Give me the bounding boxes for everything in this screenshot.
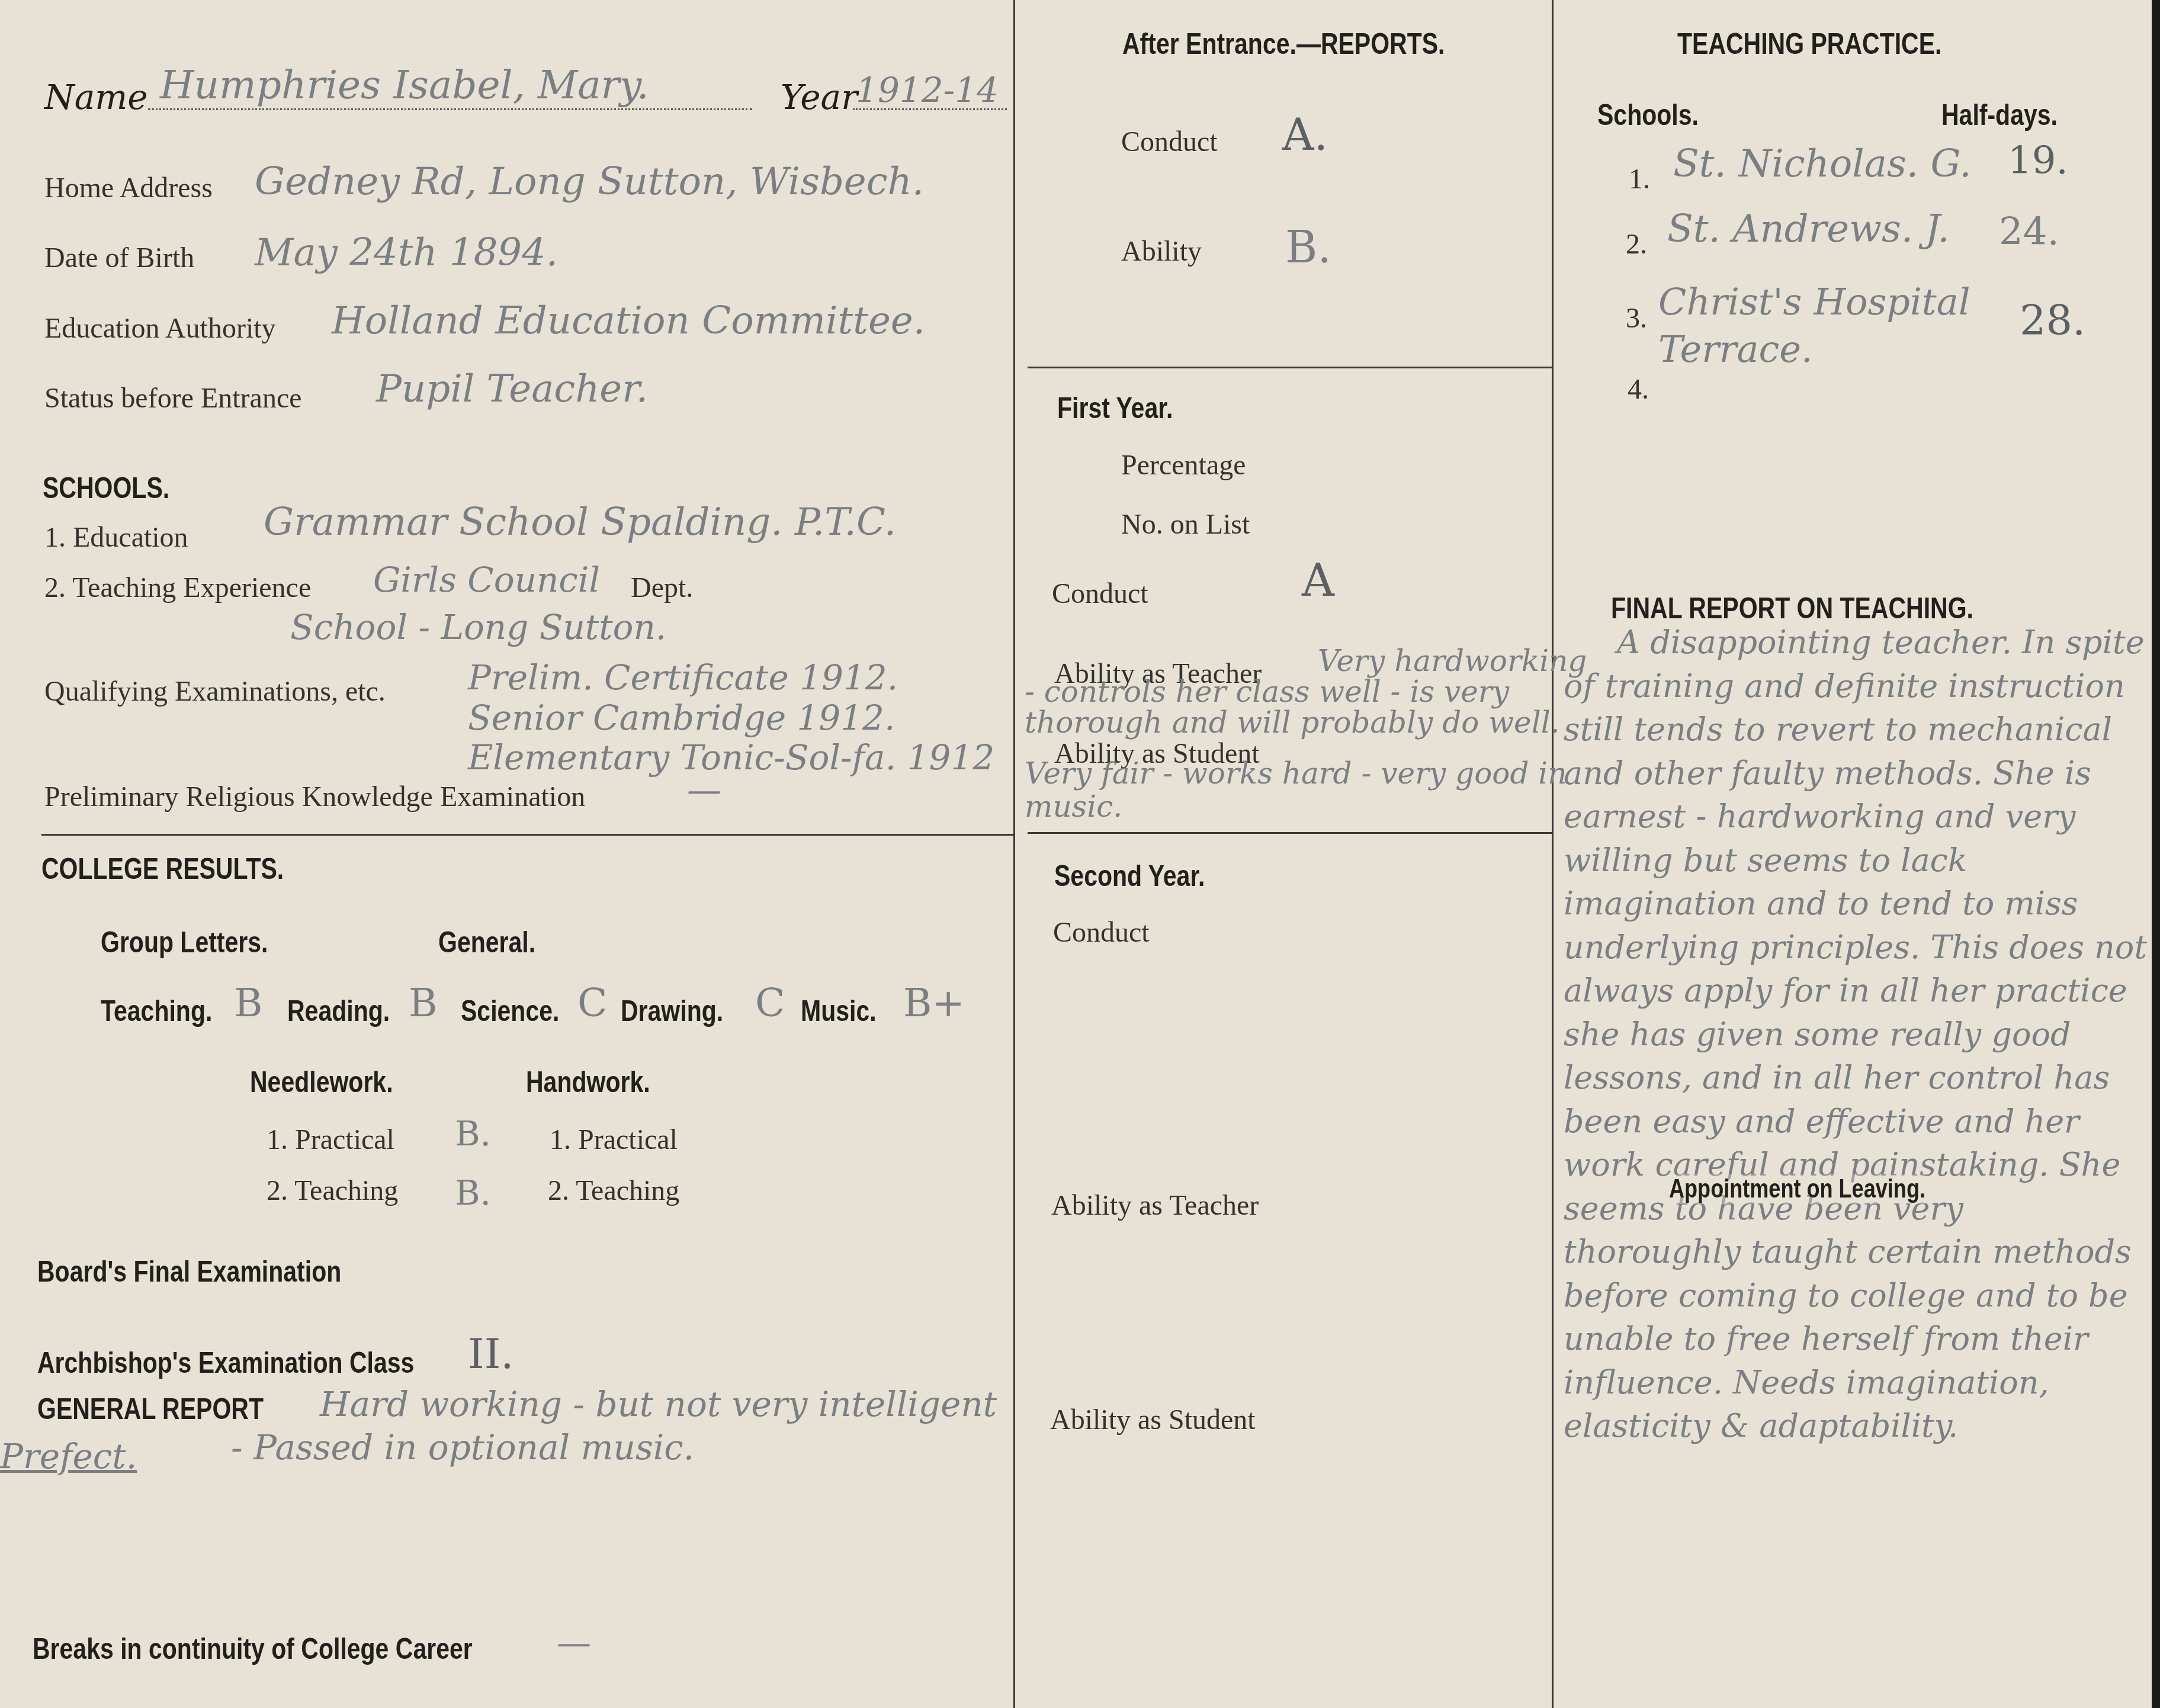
practice-school-3[interactable]: Christ's Hospital Terrace. (1658, 278, 1990, 373)
percentage-label: Percentage (1121, 449, 1246, 481)
education-authority-value[interactable]: Holland Education Committee. (332, 299, 925, 343)
schools-column-label: Schools. (1597, 98, 1699, 132)
needlework-practical-value[interactable]: B. (455, 1113, 491, 1154)
dob-value[interactable]: May 24th 1894. (255, 231, 558, 275)
status-value[interactable]: Pupil Teacher. (376, 367, 648, 411)
name-dotted-line (148, 108, 752, 110)
education-authority-label: Education Authority (44, 312, 276, 345)
after-entrance-ability-label: Ability (1121, 235, 1202, 268)
teaching-experience-value-2[interactable]: School - Long Sutton. (290, 607, 666, 647)
middle-divider-second-year (1028, 832, 1552, 834)
column-divider-left (1013, 0, 1015, 1708)
after-entrance-conduct-value[interactable]: A. (1282, 110, 1328, 160)
dept-label: Dept. (631, 572, 693, 604)
schools-heading: SCHOOLS. (43, 471, 169, 505)
handwork-teaching-label: 2. Teaching (548, 1174, 679, 1207)
college-results-heading: COLLEGE RESULTS. (41, 852, 284, 886)
practice-halfdays-2[interactable]: 24. (1999, 210, 2059, 254)
needlework-teaching-value[interactable]: B. (455, 1173, 491, 1213)
name-value[interactable]: Humphries Isabel, Mary. (160, 62, 649, 108)
practice-school-1[interactable]: St. Nicholas. G. (1673, 142, 1972, 186)
qualifying-exam-3[interactable]: Elementary Tonic-Sol-fa. 1912 (468, 737, 994, 778)
grade-drawing-label: Drawing. (621, 994, 723, 1028)
handwork-practical-label: 1. Practical (550, 1123, 678, 1156)
grade-music-label: Music. (801, 994, 877, 1028)
student-record-card: Name Humphries Isabel, Mary. Year 1912-1… (0, 0, 2160, 1708)
final-report-value[interactable]: A disappointing teacher. In spite of tra… (1564, 621, 2150, 1448)
needlework-label: Needlework. (250, 1065, 393, 1099)
needlework-teaching-label: 2. Teaching (267, 1174, 398, 1207)
practice-school-2[interactable]: St. Andrews. J. (1667, 207, 1949, 251)
education-label: 1. Education (44, 521, 188, 554)
first-year-ability-student-value[interactable]: Very fair - works hard - very good in mu… (1025, 757, 1593, 823)
after-entrance-conduct-label: Conduct (1121, 126, 1218, 158)
practice-num-4: 4. (1628, 373, 1649, 406)
grade-drawing-value[interactable]: C (755, 980, 785, 1026)
teaching-experience-value[interactable]: Girls Council (373, 560, 600, 600)
practice-num-1: 1. (1629, 163, 1650, 195)
prk-exam-label: Preliminary Religious Knowledge Examinat… (44, 781, 585, 813)
grade-reading-value[interactable]: B (409, 980, 438, 1026)
qualifying-exam-1[interactable]: Prelim. Certificate 1912. (468, 657, 898, 698)
home-address-label: Home Address (44, 172, 213, 204)
group-letters-label: Group Letters. (101, 925, 268, 959)
grade-music-value[interactable]: B+ (903, 980, 965, 1026)
second-year-conduct-label: Conduct (1053, 916, 1150, 949)
middle-divider-first-year (1028, 367, 1552, 368)
grade-teaching-label: Teaching. (101, 994, 212, 1028)
archbishop-exam-label: Archbishop's Examination Class (37, 1346, 414, 1380)
year-value[interactable]: 1912-14 (856, 70, 999, 110)
general-report-label: GENERAL REPORT (37, 1392, 264, 1426)
second-year-ability-teacher-label: Ability as Teacher (1051, 1189, 1259, 1222)
status-label: Status before Entrance (44, 382, 301, 415)
practice-halfdays-3[interactable]: 28. (2020, 296, 2085, 345)
grade-reading-label: Reading. (287, 994, 390, 1028)
first-year-conduct-label: Conduct (1052, 577, 1148, 610)
year-label: Year (781, 77, 858, 117)
qualifying-exam-2[interactable]: Senior Cambridge 1912. (468, 698, 895, 738)
general-label: General. (438, 925, 535, 959)
boards-final-exam-label: Board's Final Examination (37, 1254, 341, 1289)
needlework-practical-label: 1. Practical (267, 1123, 394, 1156)
column-divider-right (1552, 0, 1554, 1708)
first-year-ability-teacher-value[interactable]: Very hardworking - controls her class we… (1025, 646, 1599, 738)
breaks-continuity-label: Breaks in continuity of College Career (33, 1632, 473, 1666)
second-year-ability-student-label: Ability as Student (1050, 1404, 1256, 1436)
no-on-list-label: No. on List (1121, 508, 1250, 541)
qualifying-exams-label: Qualifying Examinations, etc. (44, 675, 386, 708)
general-report-value[interactable]: Hard working - but not very intelligent … (231, 1383, 1001, 1469)
practice-halfdays-1[interactable]: 19. (2008, 139, 2068, 183)
name-label: Name (44, 77, 148, 117)
dob-label: Date of Birth (44, 242, 194, 274)
first-year-heading: First Year. (1057, 391, 1173, 425)
prefect-note: Prefect. (0, 1436, 137, 1476)
appointment-on-leaving-label: Appointment on Leaving. (1669, 1174, 1925, 1204)
prk-exam-value[interactable]: — (687, 770, 721, 810)
left-section-divider (41, 834, 1013, 836)
breaks-continuity-value[interactable]: — (557, 1623, 591, 1663)
grade-science-value[interactable]: C (577, 980, 608, 1026)
half-days-column-label: Half-days. (1941, 98, 2058, 132)
education-value[interactable]: Grammar School Spalding. P.T.C. (264, 500, 896, 544)
after-entrance-heading: After Entrance.—REPORTS. (1122, 27, 1445, 61)
handwork-label: Handwork. (526, 1065, 650, 1099)
teaching-practice-heading: TEACHING PRACTICE. (1677, 27, 1941, 61)
after-entrance-ability-value[interactable]: B. (1285, 222, 1331, 273)
practice-num-2: 2. (1626, 228, 1647, 261)
card-edge (2152, 0, 2160, 1708)
home-address-value[interactable]: Gedney Rd, Long Sutton, Wisbech. (255, 160, 924, 204)
first-year-conduct-value[interactable]: A (1302, 554, 1334, 606)
second-year-heading: Second Year. (1054, 859, 1205, 893)
grade-science-label: Science. (461, 994, 559, 1028)
teaching-experience-label: 2. Teaching Experience (44, 572, 311, 604)
practice-num-3: 3. (1626, 302, 1647, 335)
archbishop-exam-value[interactable]: II. (468, 1330, 514, 1378)
grade-teaching-value[interactable]: B (234, 980, 263, 1026)
